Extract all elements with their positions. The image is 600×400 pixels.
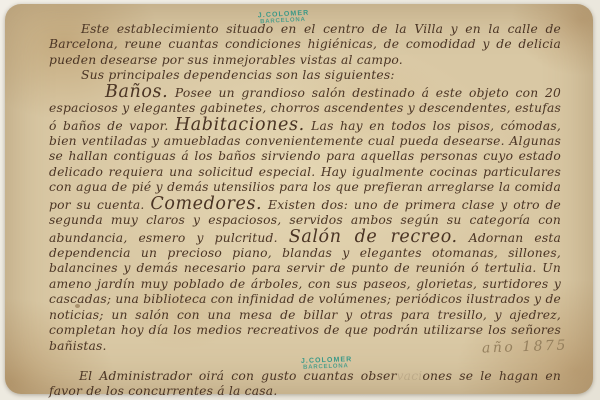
year-annotation: año 1875: [482, 338, 568, 357]
main-paragraph: Baños. Posee un grandioso salón destinad…: [49, 84, 561, 354]
closing-text-start: El Administrador oirá con gusto cuantas …: [79, 369, 397, 383]
salon-recreo-text: Adornan esta dependencia un precioso pia…: [49, 231, 561, 353]
closing-paragraph: El Administrador oirá con gusto cuantas …: [49, 369, 561, 400]
scanned-photo: J.COLOMER BARCELONA Este establecimiento…: [0, 0, 600, 400]
intro-paragraph: Este establecimiento situado en el centr…: [49, 22, 561, 68]
salon-recreo-heading: Salón de recreo.: [289, 227, 458, 247]
colomer-stamp-bottom: J.COLOMER BARCELONA: [301, 356, 353, 372]
postcard-paper: J.COLOMER BARCELONA Este establecimiento…: [5, 4, 593, 394]
comedores-heading: Comedores.: [150, 194, 262, 214]
banos-heading: Baños.: [105, 82, 168, 102]
closing-text-faded: vaci: [397, 369, 423, 383]
habitaciones-heading: Habitaciones.: [175, 115, 305, 135]
